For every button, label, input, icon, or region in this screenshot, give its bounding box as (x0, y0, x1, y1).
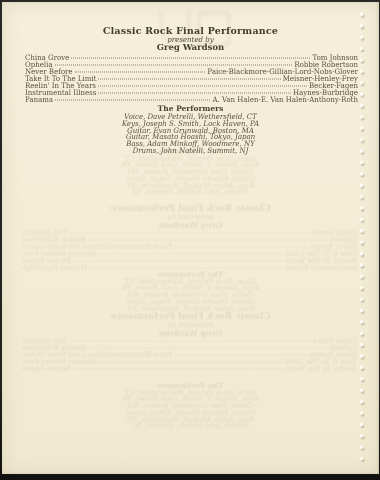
ghost-line: Keys, Joseph S. Smith, Lock Haven, PA (2, 396, 379, 403)
dotted-leader (175, 355, 308, 356)
ghost-line: Keys, Joseph S. Smith, Lock Haven, PA (2, 285, 379, 292)
ghost-song: Reelin' In The Years (286, 366, 357, 373)
ghost-line: Bass, Adam Minkoff, Woodmere, NY (2, 306, 379, 313)
scanned-program-page: { "page": { "title": "Classic Rock Final… (0, 0, 380, 480)
ghost-credit: Tom Johnson (22, 230, 68, 237)
ghost-presenter: Greg Wardson (2, 221, 379, 229)
ghost-song: Reelin' In The Years (286, 258, 357, 265)
ghost-song: Take It To The Limit (286, 251, 357, 258)
song-credit: A. Van Halen-E. Van Halen-Anthony-Roth (212, 97, 358, 104)
ghost-title: Classic Rock Final Performance (2, 205, 379, 214)
dotted-leader (55, 100, 210, 101)
dotted-leader (175, 247, 308, 248)
setlist: China GroveTom Johnson OpheliaRobbie Rob… (25, 55, 358, 104)
ghost-line: Bass, Adam Minkoff, Woodmere, NY (2, 417, 379, 424)
ghost-song: Instrumental Illness (286, 265, 357, 272)
dotted-leader (71, 58, 310, 59)
ghost-performers-block: The Performers Voice, Dave Petrelli, Wet… (2, 148, 379, 196)
presenter-name: Greg Wardson (2, 44, 379, 53)
ghost-credit: Becker-Fagen (22, 258, 71, 265)
program-paper: The Performers Voice, Dave Petrelli, Wet… (2, 2, 379, 474)
dotted-leader (73, 261, 284, 262)
dotted-leader (89, 268, 284, 269)
ghost-setlist-row: Instrumental IllnessHaynes-Burbridge (22, 265, 357, 272)
ghost-line: Drums, John Natelli, Summit, NJ (2, 189, 379, 196)
dotted-leader (88, 348, 328, 349)
ghost-song: Never Before (309, 352, 357, 359)
performer-line: Drums, John Natelli, Summit, NJ (2, 148, 379, 155)
dotted-leader (70, 341, 311, 342)
ghost-line: Voice, Dave Petrelli, Wethersfield, CT (2, 279, 379, 286)
ghost-song: Ophelia (329, 237, 357, 244)
ghost-song: China Grove (313, 230, 357, 237)
dotted-leader (99, 362, 283, 363)
ghost-line: Keys, Joseph S. Smith, Lock Haven, PA (2, 162, 379, 169)
ghost-line: Guitar, Evan Grunwald, Boston, MA (2, 169, 379, 176)
ghost-setlist-block: China GroveTom Johnson OpheliaRobbie Rob… (22, 230, 357, 272)
ghost-credit: Meisner-Henley-Frey (22, 251, 97, 258)
ghost-credit: Becker-Fagen (22, 366, 71, 373)
ghost-credit: Robbie Robertson (22, 237, 86, 244)
ghost-setlist-row: Take It To The LimitMeisner-Henley-Frey (22, 251, 357, 258)
ghost-credit: Paice-Blackmore-Gillian-Lord-Nobs-Glover (22, 352, 173, 359)
performers-section: The Performers Voice, Dave Petrelli, Wet… (2, 105, 379, 155)
dotted-leader (55, 65, 293, 66)
ghost-subtitle: presented by (2, 214, 379, 221)
dotted-leader (75, 72, 206, 73)
performers-heading: The Performers (2, 105, 379, 113)
song-title: Panama (25, 97, 53, 104)
ghost-setlist-row: China GroveTom Johnson (22, 338, 357, 345)
dotted-leader (73, 369, 284, 370)
dotted-leader (98, 93, 291, 94)
dotted-leader (98, 86, 307, 87)
ghost-song: Never Before (309, 244, 357, 251)
ghost-setlist-row: Reelin' In The YearsBecker-Fagen (22, 366, 357, 373)
ghost-setlist-row: OpheliaRobbie Robertson (22, 237, 357, 244)
ghost-setlist-row: Never BeforePaice-Blackmore-Gillian-Lord… (22, 244, 357, 251)
ghost-line: Guitar, Masato Hoashi, Tokyo, Japan (2, 176, 379, 183)
ghost-setlist-row: Never BeforePaice-Blackmore-Gillian-Lord… (22, 352, 357, 359)
ghost-song: Take It To The Limit (286, 359, 357, 366)
ghost-title-block: Classic Rock Final Performance presented… (2, 313, 379, 337)
dotted-leader (98, 79, 280, 80)
ghost-line: Voice, Dave Petrelli, Wethersfield, CT (2, 156, 379, 163)
ghost-subtitle: presented by (2, 322, 379, 329)
ghost-song: Ophelia (329, 345, 357, 352)
ghost-credit: Paice-Blackmore-Gillian-Lord-Nobs-Glover (22, 244, 173, 251)
ghost-line: Guitar, Evan Grunwald, Boston, MA (2, 292, 379, 299)
ghost-line: Guitar, Masato Hoashi, Tokyo, Japan (2, 299, 379, 306)
ghost-performers-block: The Performers Voice, Dave Petrelli, Wet… (2, 271, 379, 312)
ghost-line: Guitar, Evan Grunwald, Boston, MA (2, 403, 379, 410)
ghost-line: Drums, John Natelli, Summit, NJ (2, 423, 379, 430)
ghost-credit: Tom Johnson (22, 338, 68, 345)
ghost-setlist-row: Reelin' In The YearsBecker-Fagen (22, 258, 357, 265)
program-header: Classic Rock Final Performance presented… (2, 27, 379, 53)
setlist-row: PanamaA. Van Halen-E. Van Halen-Anthony-… (25, 97, 358, 104)
ghost-heading: The Performers (2, 382, 379, 390)
ghost-setlist-row: Take It To The LimitMeisner-Henley-Frey (22, 359, 357, 366)
ghost-setlist-row: China GroveTom Johnson (22, 230, 357, 237)
dotted-leader (88, 240, 328, 241)
dotted-leader (99, 254, 283, 255)
ghost-performers-block: The Performers Voice, Dave Petrelli, Wet… (2, 382, 379, 430)
ghost-song: China Grove (313, 338, 357, 345)
ghost-credit: Robbie Robertson (22, 345, 86, 352)
ghost-credit: Meisner-Henley-Frey (22, 359, 97, 366)
ghost-presenter: Greg Wardson (2, 329, 379, 337)
ghost-line: Guitar, Masato Hoashi, Tokyo, Japan (2, 410, 379, 417)
ghost-setlist-block: China GroveTom Johnson OpheliaRobbie Rob… (22, 338, 357, 373)
ghost-credit: Haynes-Burbridge (22, 265, 87, 272)
ghost-title-block: Classic Rock Final Performance presented… (2, 205, 379, 229)
ghost-heading: The Performers (2, 271, 379, 279)
perforation-strip (357, 11, 366, 462)
ghost-setlist-row: OpheliaRobbie Robertson (22, 345, 357, 352)
ghost-line: Voice, Dave Petrelli, Wethersfield, CT (2, 390, 379, 397)
ghost-line: Bass, Adam Minkoff, Woodmere, NY (2, 183, 379, 190)
ghost-title: Classic Rock Final Performance (2, 313, 379, 322)
dotted-leader (70, 233, 311, 234)
